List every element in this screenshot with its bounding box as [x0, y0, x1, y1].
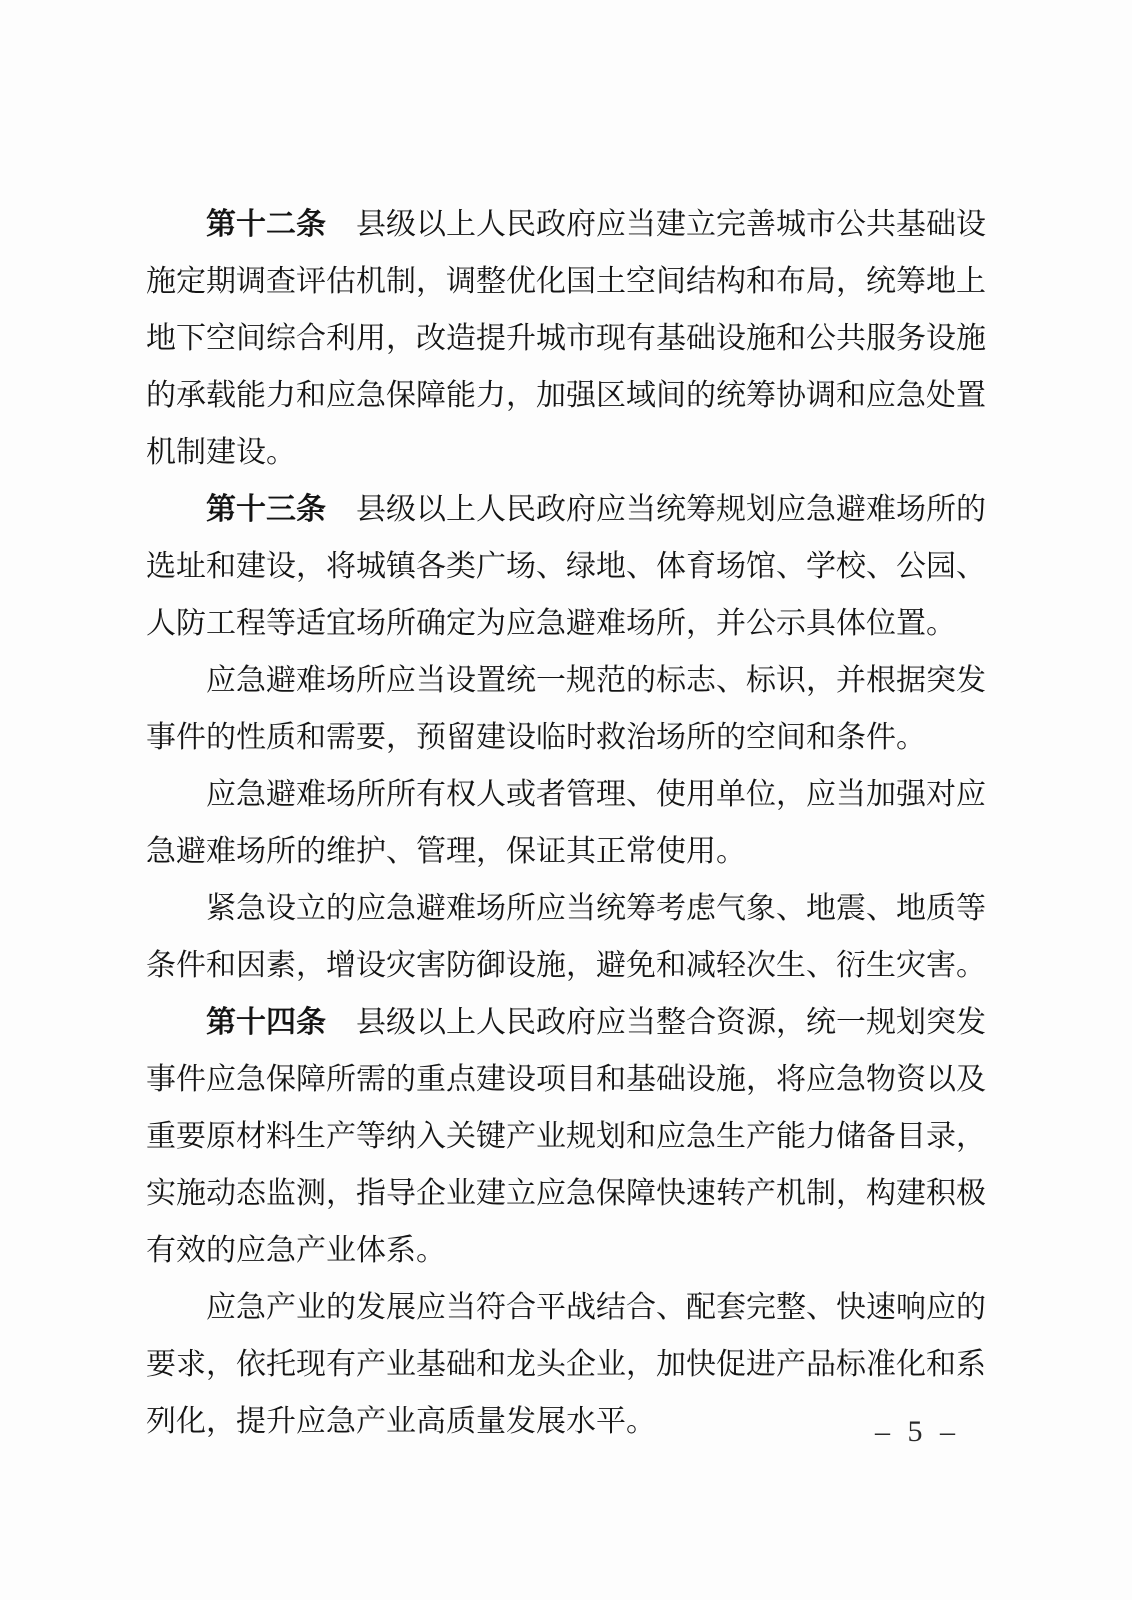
page-number: – 5 – — [875, 1414, 960, 1450]
paragraph: 紧急设立的应急避难场所应当统筹考虑气象、地震、地质等条件和因素，增设灾害防御设施… — [146, 880, 986, 994]
paragraph-text: 应急避难场所应当设置统一规范的标志、标识，并根据突发事件的性质和需要，预留建设临… — [146, 664, 986, 754]
paragraph-text: 县级以上人民政府应当建立完善城市公共基础设施定期调查评估机制，调整优化国土空间结… — [146, 208, 986, 469]
document-page: 第十二条县级以上人民政府应当建立完善城市公共基础设施定期调查评估机制，调整优化国… — [0, 0, 1132, 1600]
paragraph: 第十四条县级以上人民政府应当整合资源，统一规划突发事件应急保障所需的重点建设项目… — [146, 994, 986, 1279]
paragraph-text: 紧急设立的应急避难场所应当统筹考虑气象、地震、地质等条件和因素，增设灾害防御设施… — [146, 892, 986, 982]
paragraph-text: 应急避难场所所有权人或者管理、使用单位，应当加强对应急避难场所的维护、管理，保证… — [146, 778, 986, 868]
paragraph: 应急避难场所所有权人或者管理、使用单位，应当加强对应急避难场所的维护、管理，保证… — [146, 766, 986, 880]
paragraph-text: 应急产业的发展应当符合平战结合、配套完整、快速响应的要求，依托现有产业基础和龙头… — [146, 1291, 986, 1438]
article-number: 第十二条 — [206, 208, 326, 241]
article-number: 第十四条 — [206, 1006, 326, 1039]
article-number: 第十三条 — [206, 493, 326, 526]
paragraph: 应急产业的发展应当符合平战结合、配套完整、快速响应的要求，依托现有产业基础和龙头… — [146, 1279, 986, 1450]
document-body: 第十二条县级以上人民政府应当建立完善城市公共基础设施定期调查评估机制，调整优化国… — [146, 196, 986, 1450]
paragraph-text: 县级以上人民政府应当整合资源，统一规划突发事件应急保障所需的重点建设项目和基础设… — [146, 1006, 986, 1267]
paragraph: 应急避难场所应当设置统一规范的标志、标识，并根据突发事件的性质和需要，预留建设临… — [146, 652, 986, 766]
paragraph: 第十三条县级以上人民政府应当统筹规划应急避难场所的选址和建设，将城镇各类广场、绿… — [146, 481, 986, 652]
paragraph: 第十二条县级以上人民政府应当建立完善城市公共基础设施定期调查评估机制，调整优化国… — [146, 196, 986, 481]
